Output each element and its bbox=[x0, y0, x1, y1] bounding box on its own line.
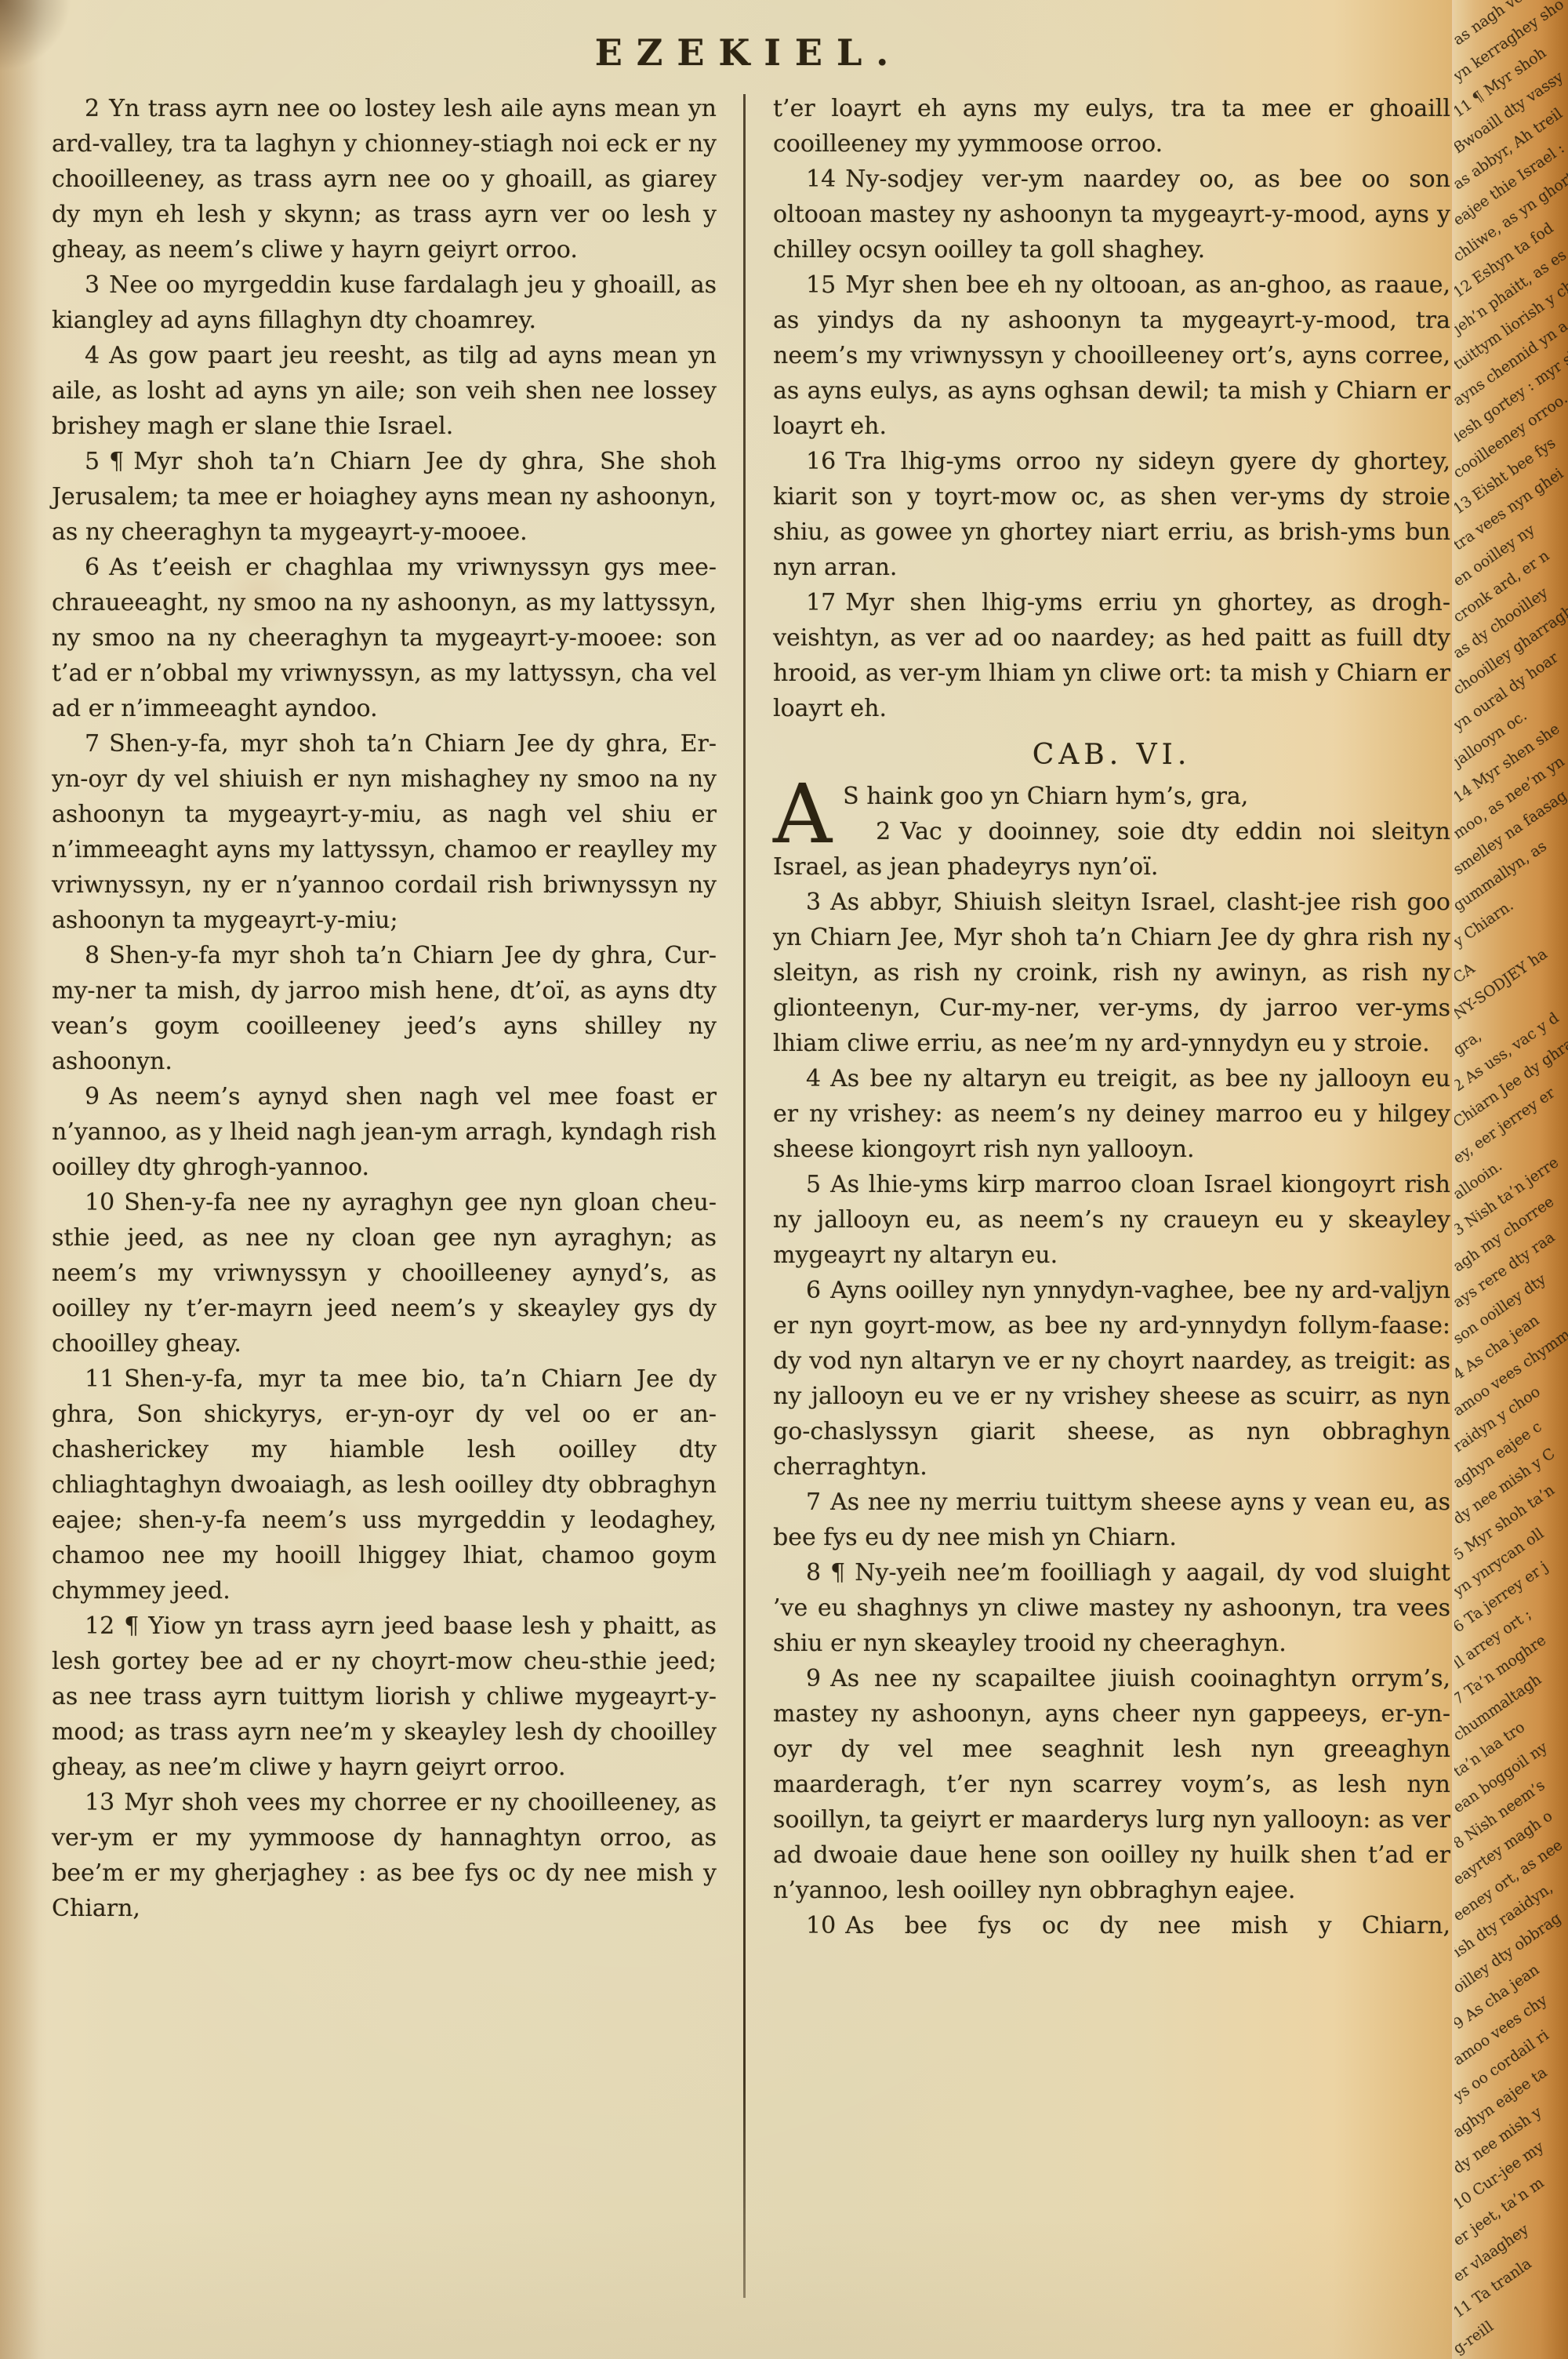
right-text-column: t’er loayrt eh ayns my eulys, tra ta mee… bbox=[773, 91, 1450, 1943]
verse-text: Shen-y-fa myr shoh ta’n Chiarn Jee dy gh… bbox=[52, 942, 717, 1075]
verse-number: 3 bbox=[85, 271, 100, 299]
verse-number: 12 bbox=[85, 1612, 114, 1640]
verse-paragraph: 10As bee fys oc dy nee mish y Chiarn, bbox=[773, 1908, 1450, 1943]
verse-text: As lhie-yms kirp marroo cloan Israel kio… bbox=[773, 1171, 1450, 1269]
verse-text: Myr shen bee eh ny oltooan, as an-ghoo, … bbox=[773, 271, 1450, 440]
book-page-scan: EZEKIEL. 2Yn trass ayrn nee oo lostey le… bbox=[0, 0, 1568, 2359]
verse-number: 9 bbox=[806, 1665, 821, 1692]
left-text-column: 2Yn trass ayrn nee oo lostey lesh aile a… bbox=[52, 91, 717, 1926]
pilcrow-mark: ¶ bbox=[830, 1559, 845, 1587]
verse-paragraph: 8¶Ny-yeih nee’m fooilliagh y aagail, dy … bbox=[773, 1555, 1450, 1661]
page-title: EZEKIEL. bbox=[47, 31, 1450, 74]
verse-number: 17 bbox=[806, 589, 836, 616]
verse-paragraph: 7As nee ny merriu tuittym sheese ayns y … bbox=[773, 1485, 1450, 1555]
verse-number: 8 bbox=[806, 1559, 821, 1587]
verse-paragraph: 2Vac y dooinney, soie dty eddin noi slei… bbox=[773, 814, 1450, 885]
verse-paragraph: 4As gow paart jeu reesht, as tilg ad ayn… bbox=[52, 338, 717, 444]
verse-number: 7 bbox=[85, 730, 100, 758]
verse-paragraph: 4As bee ny altaryn eu treigit, as bee ny… bbox=[773, 1061, 1450, 1167]
verse-paragraph: 7Shen-y-fa, myr shoh ta’n Chiarn Jee dy … bbox=[52, 726, 717, 938]
verse-paragraph: 9As nee ny scapailtee jiuish cooinaghtyn… bbox=[773, 1661, 1450, 1908]
verse-paragraph: 11Shen-y-fa, myr ta mee bio, ta’n Chiarn… bbox=[52, 1361, 717, 1608]
verse-number: 2 bbox=[85, 95, 100, 122]
verse-paragraph: 14Ny-sodjey ver-ym naardey oo, as bee oo… bbox=[773, 162, 1450, 267]
verse-text: Vac y dooinney, soie dty eddin noi sleit… bbox=[773, 818, 1450, 881]
verse-continuation: t’er loayrt eh ayns my eulys, tra ta mee… bbox=[773, 91, 1450, 162]
verse-paragraph: 5As lhie-yms kirp marroo cloan Israel ki… bbox=[773, 1167, 1450, 1273]
verse-paragraph: 2Yn trass ayrn nee oo lostey lesh aile a… bbox=[52, 91, 717, 267]
verse-number: 4 bbox=[806, 1065, 821, 1092]
verse-text: Shen-y-fa nee ny ayraghyn gee nyn gloan … bbox=[52, 1189, 717, 1358]
verse-number: 9 bbox=[85, 1083, 100, 1110]
verse-number: 10 bbox=[806, 1912, 836, 1939]
verse-paragraph: 9As neem’s aynyd shen nagh vel mee foast… bbox=[52, 1079, 717, 1185]
verse-text: Yiow yn trass ayrn jeed baase lesh y pha… bbox=[52, 1612, 717, 1781]
verse-text: Ny-yeih nee’m fooilliagh y aagail, dy vo… bbox=[773, 1559, 1450, 1657]
verse-paragraph: 15Myr shen bee eh ny oltooan, as an-ghoo… bbox=[773, 267, 1450, 444]
verse-paragraph: 6Ayns ooilley nyn ynnydyn-vaghee, bee ny… bbox=[773, 1273, 1450, 1485]
verse-number: 13 bbox=[85, 1789, 114, 1816]
verse-number: 15 bbox=[806, 271, 836, 299]
verse-text: As gow paart jeu reesht, as tilg ad ayns… bbox=[52, 342, 717, 440]
verse-text: Myr shoh ta’n Chiarn Jee dy ghra, She sh… bbox=[52, 448, 717, 546]
verse-text: Myr shen lhig-yms erriu yn ghortey, as d… bbox=[773, 589, 1450, 722]
verse-number: 11 bbox=[85, 1365, 114, 1393]
verse-text: Shen-y-fa, myr ta mee bio, ta’n Chiarn J… bbox=[52, 1365, 717, 1605]
verse-paragraph: 3Nee oo myrgeddin kuse fardalagh jeu y g… bbox=[52, 267, 717, 338]
verse-number: 14 bbox=[806, 165, 836, 193]
chapter6-verses: 3As abbyr, Shiuish sleityn Israel, clash… bbox=[773, 885, 1450, 1908]
verse-paragraph: 5¶Myr shoh ta’n Chiarn Jee dy ghra, She … bbox=[52, 444, 717, 550]
verse-text: Myr shoh vees my chorree er ny chooillee… bbox=[52, 1789, 717, 1922]
verse-number: 5 bbox=[85, 448, 100, 475]
verse-paragraph: 10Shen-y-fa nee ny ayraghyn gee nyn gloa… bbox=[52, 1185, 717, 1361]
verse-number: 6 bbox=[85, 554, 100, 581]
verse-text: Nee oo myrgeddin kuse fardalagh jeu y gh… bbox=[52, 271, 717, 334]
verse-text: Ayns ooilley nyn ynnydyn-vaghee, bee ny … bbox=[773, 1277, 1450, 1481]
verse-text: As nee ny scapailtee jiuish cooinaghtyn … bbox=[773, 1665, 1450, 1904]
verse-paragraph: 8Shen-y-fa myr shoh ta’n Chiarn Jee dy g… bbox=[52, 938, 717, 1079]
verse-number: 7 bbox=[806, 1488, 821, 1516]
verse-text: Ny-sodjey ver-ym naardey oo, as bee oo s… bbox=[773, 165, 1450, 264]
verse-text: Tra lhig-yms orroo ny sideyn gyere dy gh… bbox=[773, 448, 1450, 581]
verse-text: Shen-y-fa, myr shoh ta’n Chiarn Jee dy g… bbox=[52, 730, 717, 934]
verse-paragraph: 6As t’eeish er chaghlaa my vriwnyssyn gy… bbox=[52, 550, 717, 726]
verse-text: As t’eeish er chaghlaa my vriwnyssyn gys… bbox=[52, 554, 717, 722]
verse-number: 5 bbox=[806, 1171, 821, 1198]
verse-paragraph: 3As abbyr, Shiuish sleityn Israel, clash… bbox=[773, 885, 1450, 1061]
verse-number: 3 bbox=[806, 889, 821, 916]
verse-number: 8 bbox=[85, 942, 100, 969]
pilcrow-mark: ¶ bbox=[124, 1612, 139, 1640]
verse-text: As bee ny altaryn eu treigit, as bee ny … bbox=[773, 1065, 1450, 1163]
chapter-opening: A S haink goo yn Chiarn hym’s, gra, 2Vac… bbox=[773, 779, 1450, 885]
column-divider-rule bbox=[743, 94, 746, 2298]
chapter5-verses: 14Ny-sodjey ver-ym naardey oo, as bee oo… bbox=[773, 162, 1450, 726]
verse-number: 10 bbox=[85, 1189, 114, 1216]
verse-number: 4 bbox=[85, 342, 100, 369]
verse-paragraph: S haink goo yn Chiarn hym’s, gra, bbox=[773, 779, 1450, 814]
pilcrow-mark: ¶ bbox=[109, 448, 124, 475]
verse-text: As neem’s aynyd shen nagh vel mee foast … bbox=[52, 1083, 717, 1181]
chapter-heading: CAB. VI. bbox=[773, 737, 1450, 772]
verse-text: As nee ny merriu tuittym sheese ayns y v… bbox=[773, 1488, 1450, 1551]
verse-paragraph: 13Myr shoh vees my chorree er ny chooill… bbox=[52, 1785, 717, 1926]
verse-text: As abbyr, Shiuish sleityn Israel, clasht… bbox=[773, 889, 1450, 1057]
verse-number: 16 bbox=[806, 448, 836, 475]
verse-paragraph: 17Myr shen lhig-yms erriu yn ghortey, as… bbox=[773, 585, 1450, 726]
verse-number: 2 bbox=[876, 818, 891, 845]
verse-text: S haink goo yn Chiarn hym’s, gra, bbox=[843, 783, 1248, 810]
verse-text: As bee fys oc dy nee mish y Chiarn, bbox=[845, 1912, 1450, 1939]
verse-number: 6 bbox=[806, 1277, 821, 1304]
adjacent-page-edge: as nagh vel mee yn kerraghey sho 11 ¶ My… bbox=[1452, 0, 1568, 2359]
verse-paragraph: 16Tra lhig-yms orroo ny sideyn gyere dy … bbox=[773, 444, 1450, 585]
drop-cap-letter: A bbox=[773, 779, 843, 848]
verse-text: Yn trass ayrn nee oo lostey lesh aile ay… bbox=[52, 95, 717, 264]
verse-paragraph: 12¶Yiow yn trass ayrn jeed baase lesh y … bbox=[52, 1608, 717, 1785]
